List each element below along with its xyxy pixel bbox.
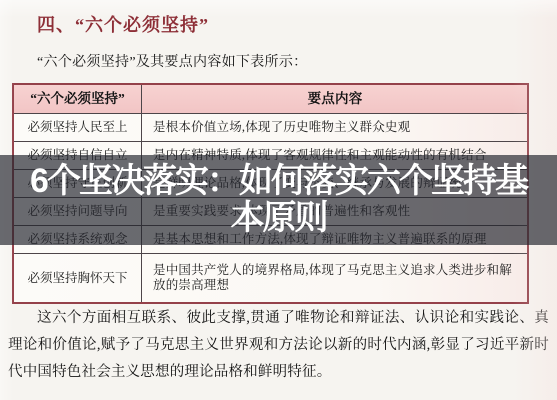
table-header-term: “六个必须坚持” xyxy=(14,85,142,113)
section-title: 四、“六个必须坚持” xyxy=(37,11,209,37)
intro-text: “六个必须坚持”及其要点内容如下表所示： xyxy=(37,51,307,71)
table-row: 必须坚持胸怀天下 是中国共产党人的境界格局,体现了马克思主义追求人类进步和解放的… xyxy=(14,253,527,302)
table-cell-content: 是根本价值立场,体现了历史唯物主义群众史观 xyxy=(142,117,527,138)
table-cell-content: 是中国共产党人的境界格局,体现了马克思主义追求人类进步和解放的崇高理想 xyxy=(142,260,527,296)
table-cell-term: 必须坚持人民至上 xyxy=(14,114,142,141)
table-row: 必须坚持人民至上 是根本价值立场,体现了历史唯物主义群众史观 xyxy=(14,113,527,141)
table-cell-term: 必须坚持胸怀天下 xyxy=(14,254,142,302)
scanned-page: 四、“六个必须坚持” “六个必须坚持”及其要点内容如下表所示： “六个必须坚持”… xyxy=(0,0,557,400)
headline-overlay: 6个坚决落实：如何落实六个坚持基 本原则 xyxy=(0,155,557,245)
headline-line1: 6个坚决落实：如何落实六个坚持基 xyxy=(30,163,527,200)
table-header-content: 要点内容 xyxy=(142,88,527,110)
summary-paragraph: 这六个方面相互联系、彼此支撑,贯通了唯物论和辩证法、认识论和实践论、真理论和价值… xyxy=(8,305,549,386)
headline-line2: 本原则 xyxy=(231,200,327,237)
table-header-row: “六个必须坚持” 要点内容 xyxy=(14,85,527,113)
